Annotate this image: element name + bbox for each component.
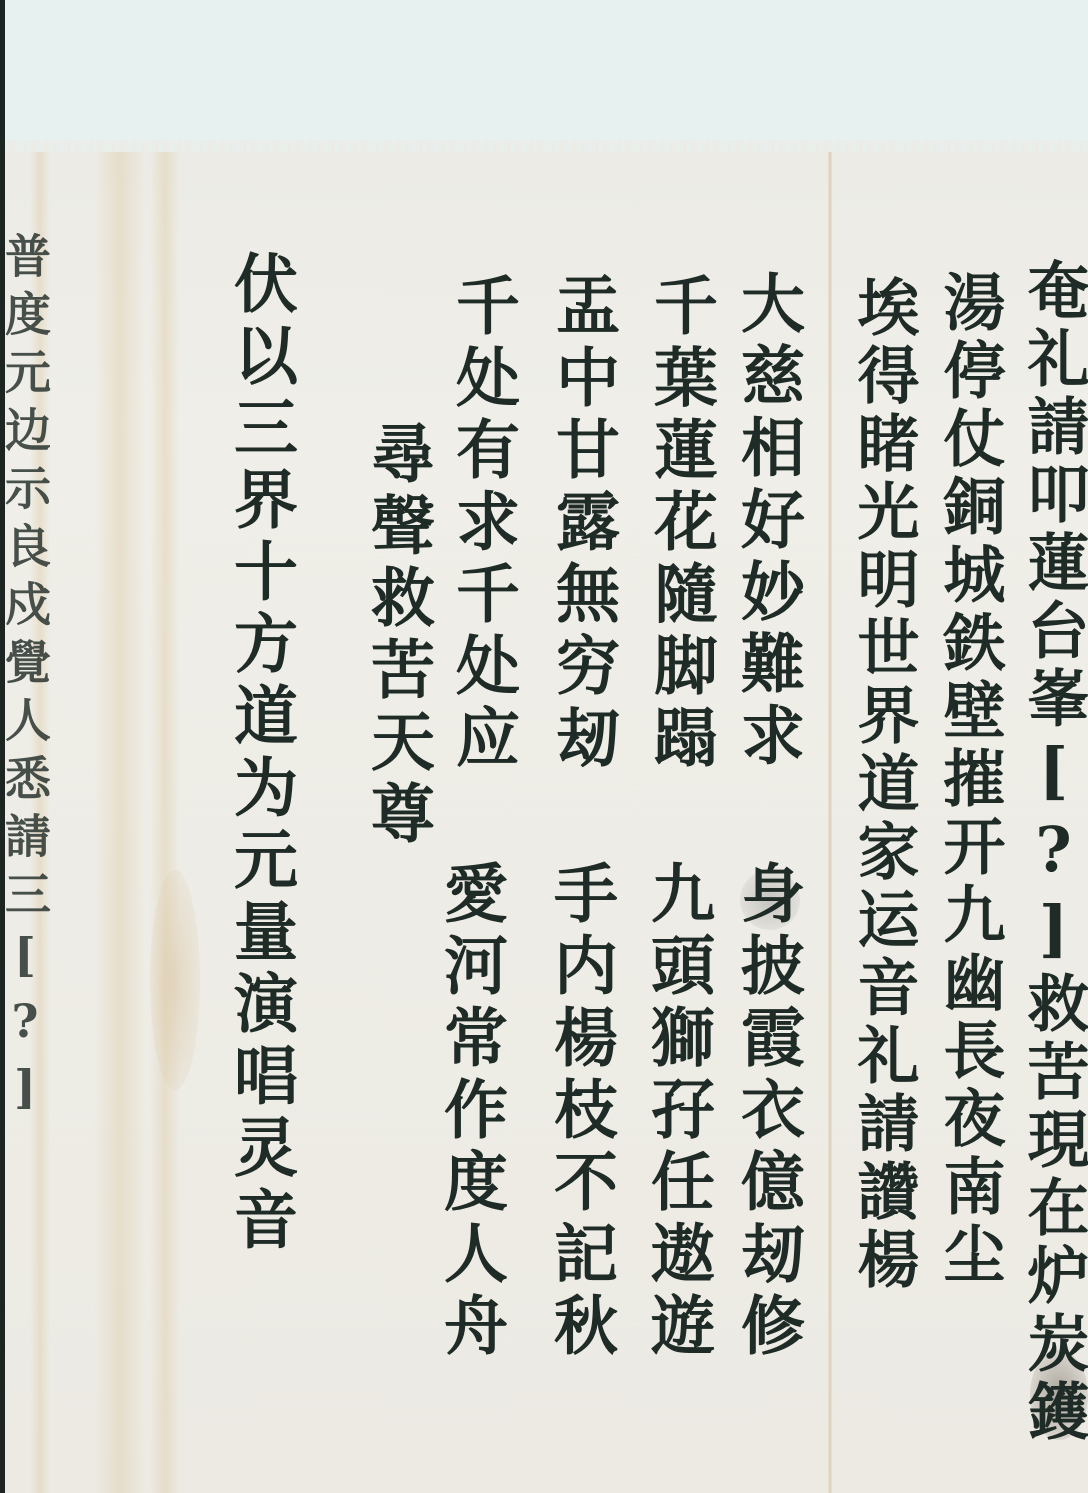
verse-column-6-upper: 盂中甘露無穷刼 <box>550 272 614 776</box>
text-column-1: 奄礼請叩蓮台峯[?]救苦現在炉炭鑊 <box>1022 258 1084 1447</box>
sheet-seam <box>828 152 832 1493</box>
paper-stain <box>150 870 200 1090</box>
fold-mark <box>150 152 180 1493</box>
verse-column-5-lower: 九頭獅孖任遨遊 <box>645 860 709 1364</box>
verse-column-7-upper: 千处有求千处应 <box>450 272 514 776</box>
verse-column-7-lower: 愛河常作度人舟 <box>438 860 502 1364</box>
text-column-3: 埃得睹光明世界道家运音礼請讚楊 <box>852 275 914 1295</box>
verse-column-5-upper: 千葉蓮花隨脚蹋 <box>648 272 712 776</box>
text-column-fragment: 普度元边示良戍覺人悉請三[?] <box>2 232 48 1126</box>
verse-column-4-lower: 身披霞衣億刼修 <box>735 860 799 1364</box>
fold-mark <box>95 152 145 1493</box>
text-column-9: 伏以三界十方道为元量演唱灵音 <box>228 250 292 1258</box>
deity-title-column: 尋聲救苦天尊 <box>365 420 429 852</box>
text-column-2: 湯停仗銅城鉄壁摧开九幽長夜南尘 <box>938 270 1000 1290</box>
verse-column-6-lower: 手内楊枝不記秋 <box>548 860 612 1364</box>
verse-column-4-upper: 大慈相好妙難求 <box>735 270 799 774</box>
